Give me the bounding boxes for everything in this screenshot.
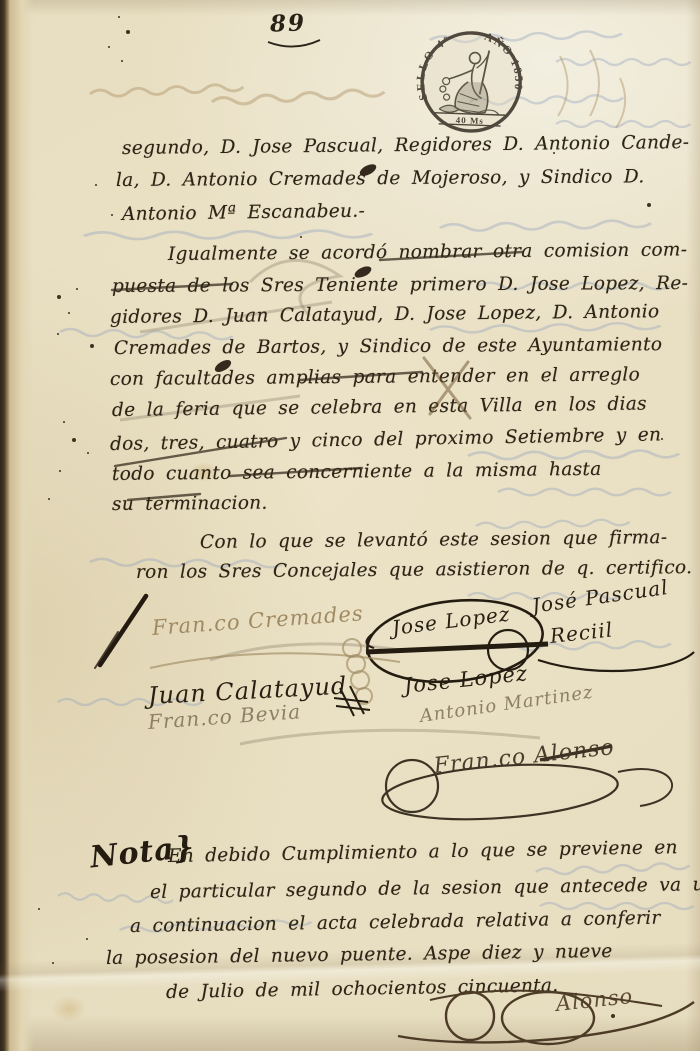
manuscript-line: segundo, D. Jose Pascual, Regidores D. A… [122,134,689,158]
folio-number: 89 [270,11,307,35]
stamp-value: 40 Ms [456,115,485,126]
manuscript-line: de Julio de mil ochocientos cincuenta. [166,977,559,1002]
signature-lopez-2: Jose Lopez [403,663,529,697]
signature-lopez-rubrica: Jose Lopez [391,604,512,638]
signature-pascual: José Pascual [531,577,670,616]
manuscript-line: la, D. Antonio Cremades de Mojeroso, y S… [116,168,645,190]
manuscript-line: En debido Cumplimiento a lo que se previ… [168,839,678,866]
manuscript-line: dos, tres, cuatro y cinco del proximo Se… [110,426,662,454]
signature-alonso-final: Alonso [555,986,634,1015]
manuscript-line: su terminacion. [112,495,268,515]
signature-cremades: Fran.co Cremades [151,603,364,639]
paper-stain [52,996,86,1022]
manuscript-line: Igualmente se acordó nombrar otra comisi… [168,241,687,264]
manuscript-page-scan: 89 SELLO 4º AÑO 1850 40 Ms segundo, D. J… [0,0,700,1051]
manuscript-line: Cremades de Bartos, y Sindico de este Ay… [114,336,662,358]
signature-pascual-2: Reciil [549,619,614,646]
manuscript-line: de la feria que se celebra en esta Villa… [112,395,647,420]
manuscript-line: gidores D. Juan Calatayud, D. Jose Lopez… [110,303,660,327]
manuscript-line: ron los Sres Concejales que asistieron d… [136,559,692,582]
signature-alonso: Fran.co Alonso [433,737,616,778]
revenue-stamp-icon: SELLO 4º AÑO 1850 40 Ms [408,22,536,150]
manuscript-line: todo cuanto sea concerniente a la misma … [112,461,602,485]
manuscript-line: Antonio Mª Escanabeu.- [122,203,365,225]
manuscript-line: con facultades amplias para entender en … [110,366,640,389]
ink-specks [0,0,2,2]
manuscript-line: Con lo que se levantó este sesion que fi… [200,529,668,552]
manuscript-line: a continuacion el acta celebrada relativ… [130,910,661,937]
manuscript-line: el particular segundo de la sesion que a… [150,876,700,903]
manuscript-line: puesta de los Sres Teniente primero D. J… [112,275,688,297]
